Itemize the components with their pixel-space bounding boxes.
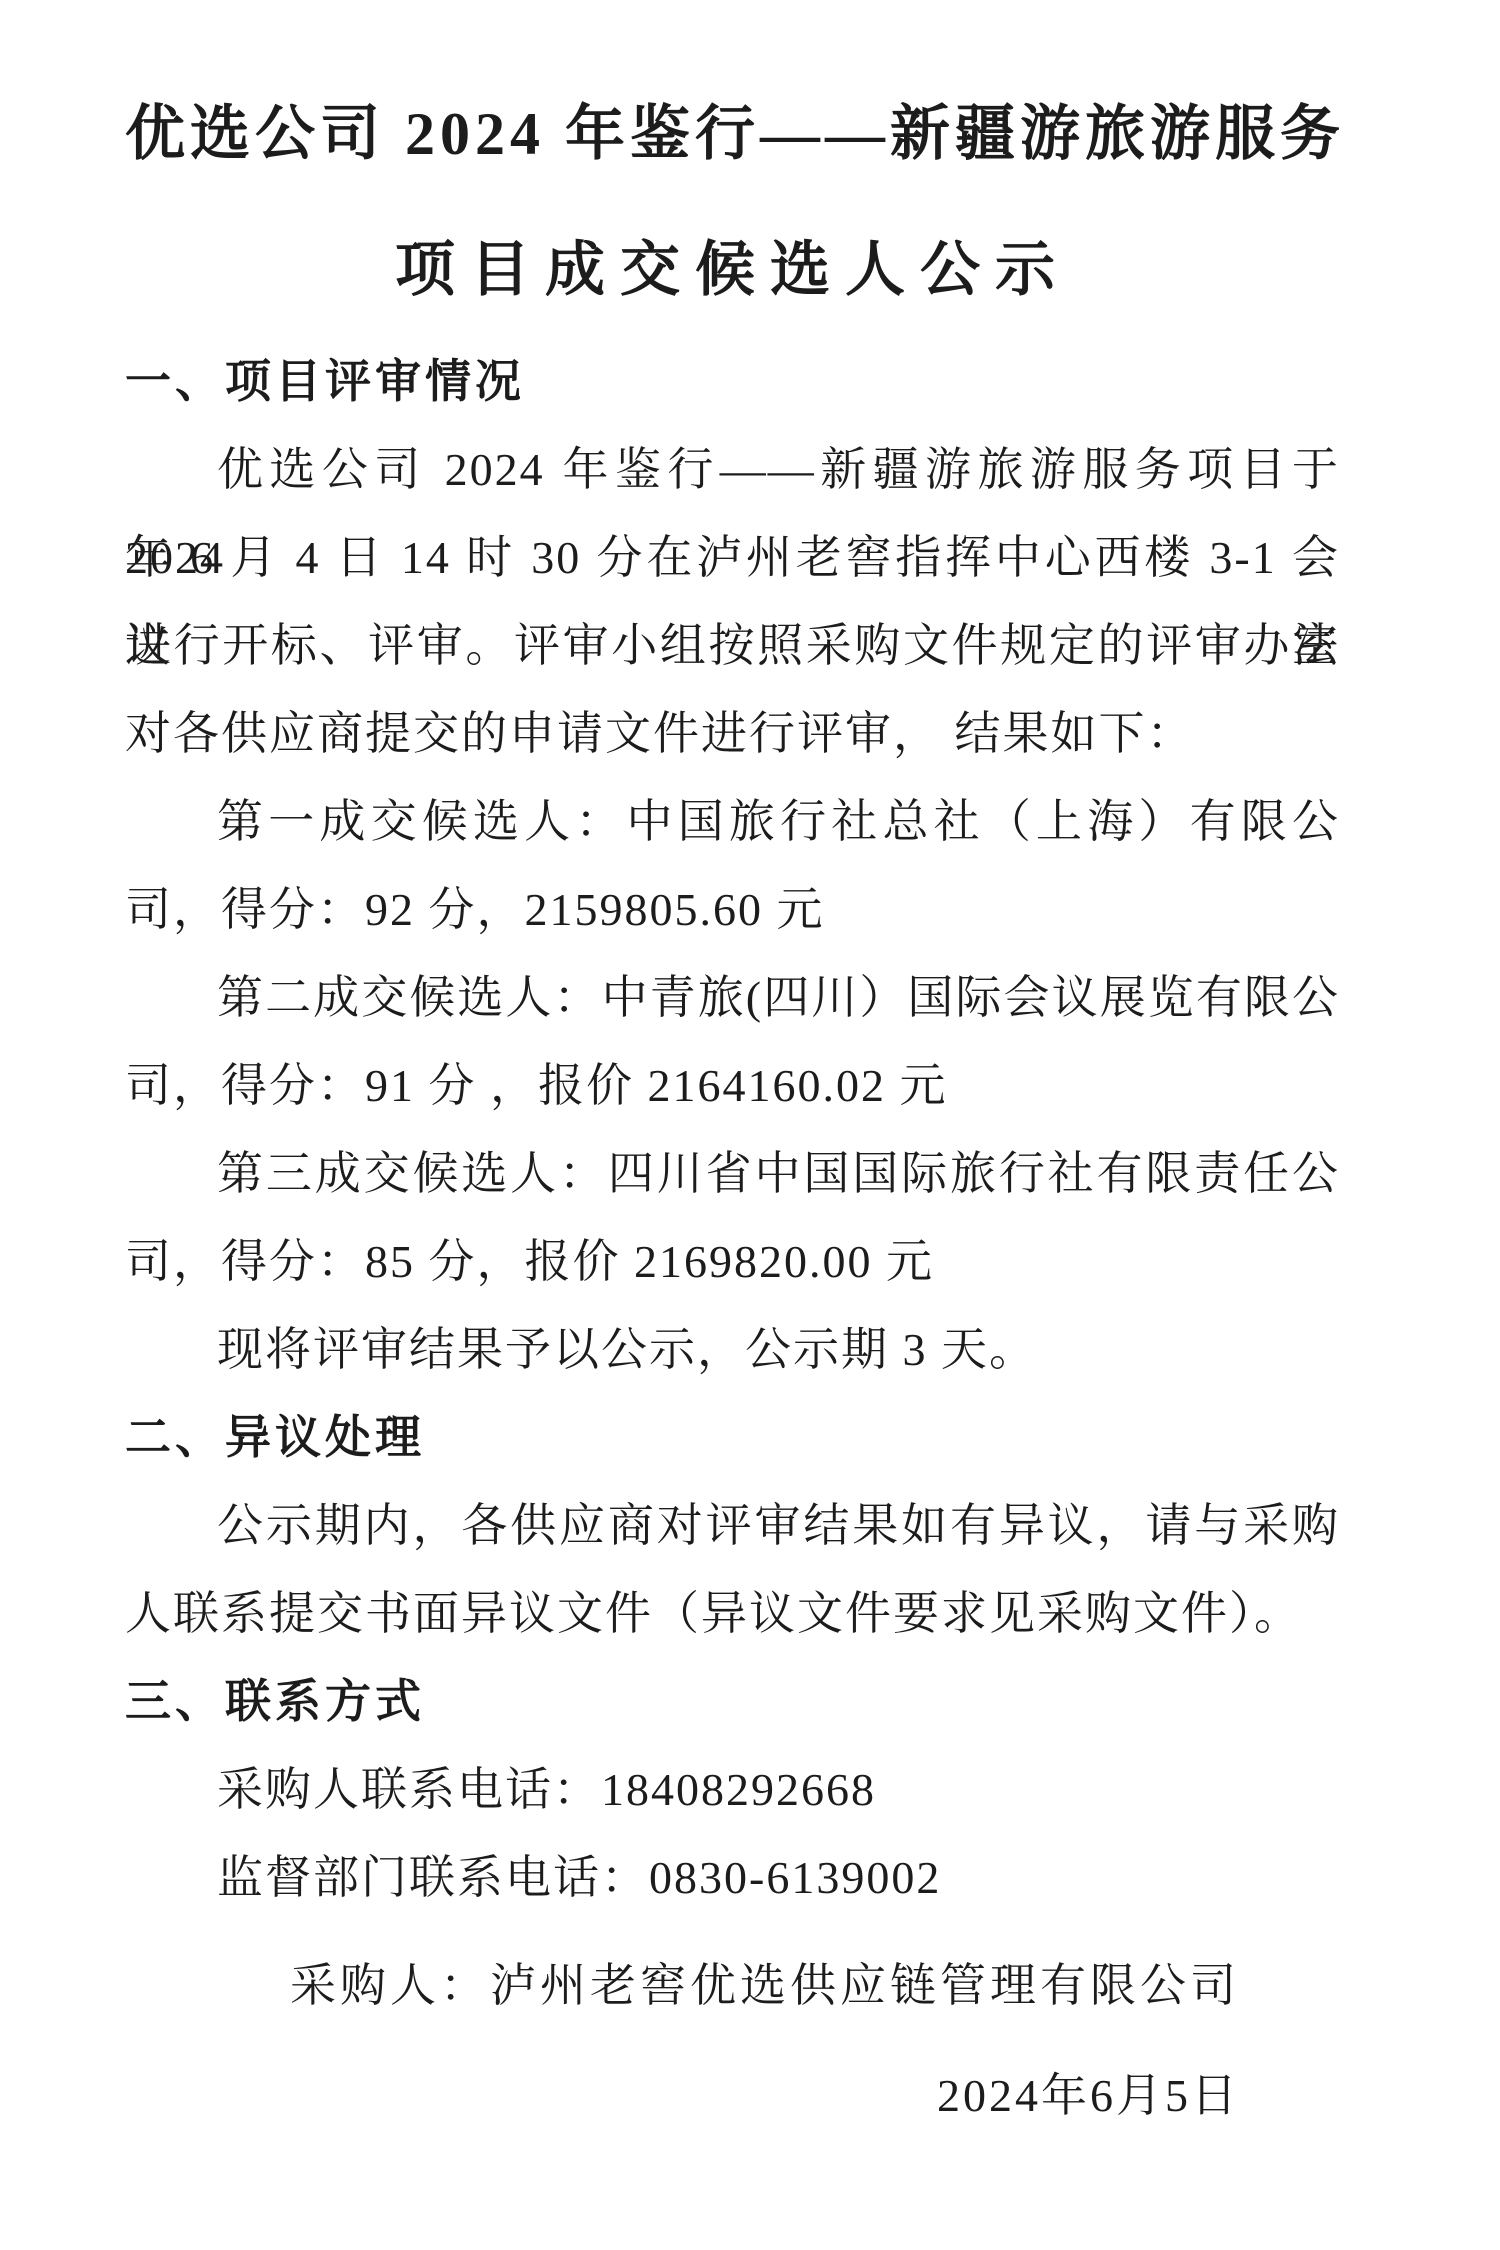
review-intro-line-3: 进行开标、评审。评审小组按照采购文件规定的评审办法 xyxy=(125,602,1340,690)
objection-line-1: 公示期内，各供应商对评审结果如有异议，请与采购 xyxy=(125,1482,1340,1570)
document-title-line-2: 项目成交候选人公示 xyxy=(125,202,1340,338)
candidate-2-line-2: 司，得分：91 分 ，报价 2164160.02 元 xyxy=(125,1042,1340,1130)
review-intro-line-2: 年 6 月 4 日 14 时 30 分在泸州老窖指挥中心西楼 3-1 会议室 xyxy=(125,514,1340,602)
contact-buyer-phone-line: 采购人联系电话：18408292668 xyxy=(125,1746,1340,1834)
candidate-2-line-1: 第二成交候选人：中青旅(四川）国际会议展览有限公 xyxy=(125,954,1340,1042)
publicity-notice-line: 现将评审结果予以公示，公示期 3 天。 xyxy=(125,1306,1340,1394)
document-title-line-1: 优选公司 2024 年鉴行——新疆游旅游服务 xyxy=(125,66,1340,202)
contact-supervisor-phone-line: 监督部门联系电话：0830-6139002 xyxy=(125,1834,1340,1922)
review-intro-line-4: 对各供应商提交的申请文件进行评审， 结果如下： xyxy=(125,690,1340,778)
candidate-1-line-2: 司，得分：92 分，2159805.60 元 xyxy=(125,866,1340,954)
candidate-3-line-2: 司，得分：85 分，报价 2169820.00 元 xyxy=(125,1218,1340,1306)
section-review-heading: 一、项目评审情况 xyxy=(125,338,1340,426)
section-contact-heading: 三、联系方式 xyxy=(125,1658,1340,1746)
announcement-page: 优选公司 2024 年鉴行——新疆游旅游服务 项目成交候选人公示 一、项目评审情… xyxy=(0,0,1500,2250)
signature-buyer-line: 采购人：泸州老窖优选供应链管理有限公司 xyxy=(125,1942,1340,2030)
candidate-3-line-1: 第三成交候选人：四川省中国国际旅行社有限责任公 xyxy=(125,1130,1340,1218)
review-intro-line-1: 优选公司 2024 年鉴行——新疆游旅游服务项目于 2024 xyxy=(125,426,1340,514)
objection-line-2: 人联系提交书面异议文件（异议文件要求见采购文件）。 xyxy=(125,1570,1340,1658)
candidate-1-line-1: 第一成交候选人：中国旅行社总社（上海）有限公 xyxy=(125,778,1340,866)
section-objection-heading: 二、异议处理 xyxy=(125,1394,1340,1482)
signature-date-line: 2024年6月5日 xyxy=(125,2052,1340,2140)
